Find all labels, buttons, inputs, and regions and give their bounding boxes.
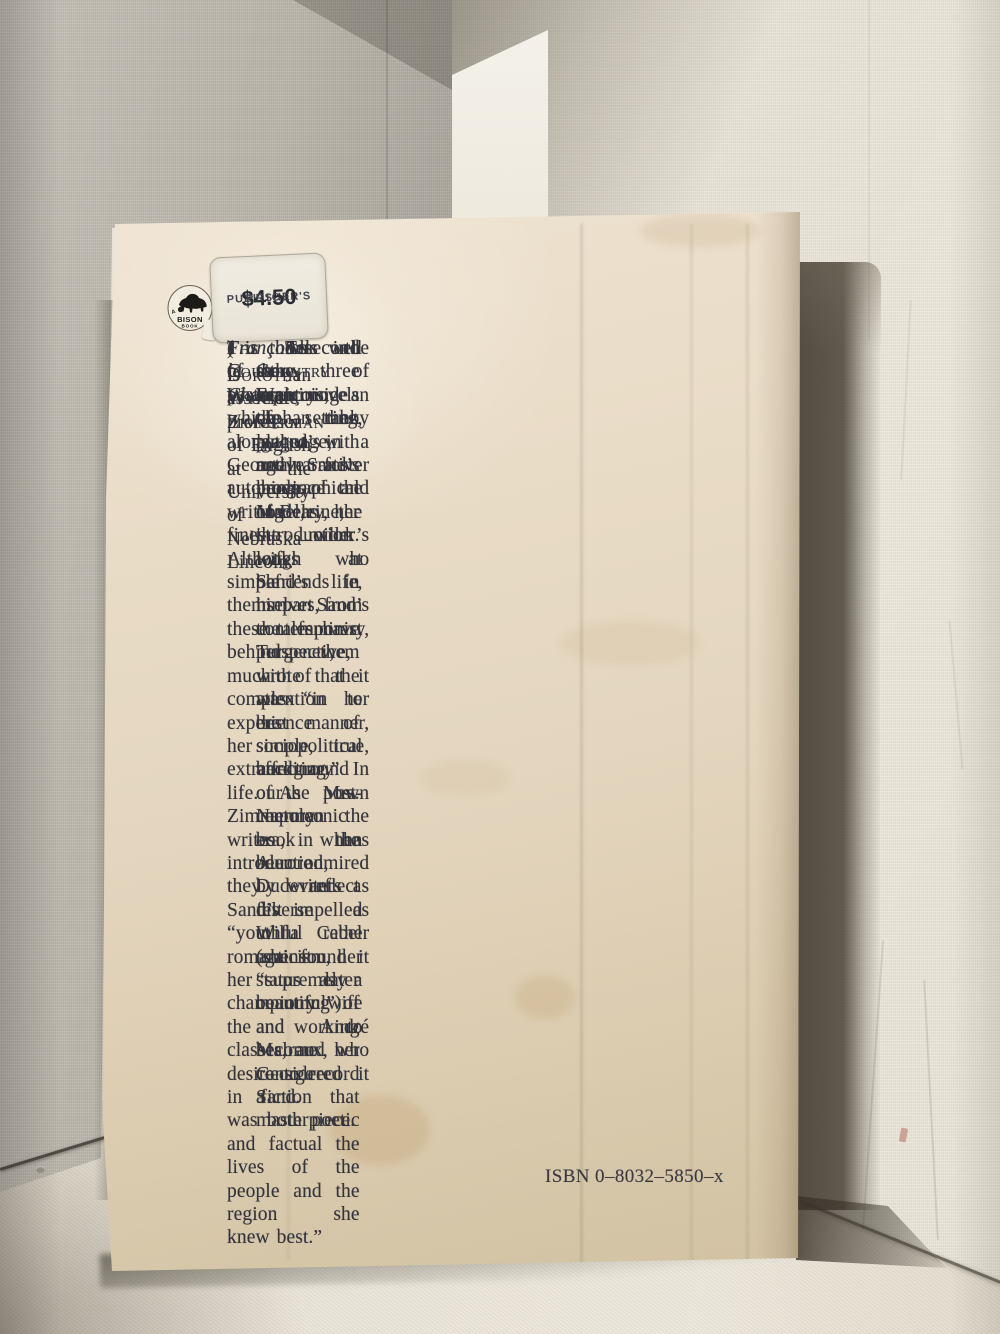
photo-scene: A BISON BOOK PUBLISHER'S $4.50 PRICE The… [0, 0, 1000, 1334]
paper-stain [640, 214, 760, 248]
text-run: is an associate professor of English at … [227, 364, 311, 575]
left-wall-seam [386, 0, 388, 228]
paper-stain [560, 620, 700, 666]
sticker-bottom-label: PRICE [246, 291, 293, 305]
paper-stain [420, 760, 510, 796]
logo-word-book: BOOK [182, 324, 199, 329]
crease-line [580, 224, 583, 1264]
isbn-line: ISBN 0–8032–5850–x [545, 1166, 805, 1188]
paper-stain [515, 975, 575, 1019]
crease-line [746, 224, 749, 1264]
cover-right-edge-shading [756, 210, 802, 1274]
wall-fastener [36, 1166, 45, 1173]
price-sticker: PUBLISHER'S $4.50 PRICE [209, 252, 329, 343]
book-cast-shadow-wall [797, 262, 881, 1210]
crease-line [690, 224, 693, 1264]
